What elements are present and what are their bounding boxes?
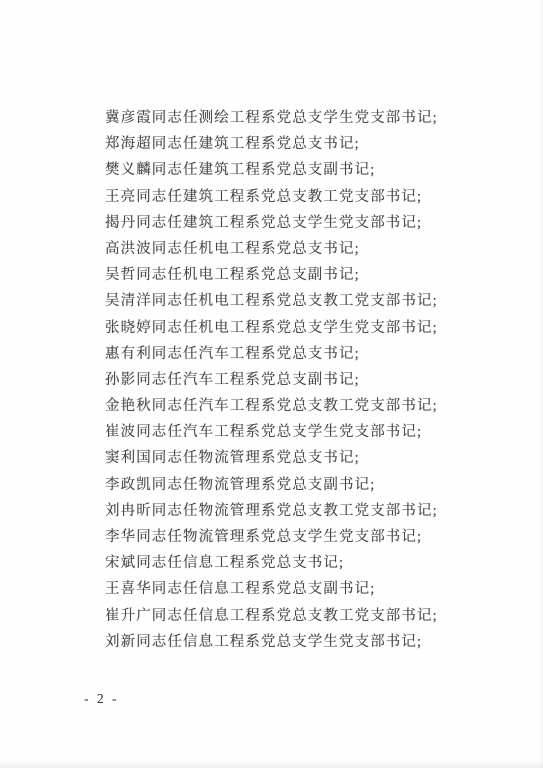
appointment-line: 王亮同志任建筑工程系党总支教工党支部书记;: [105, 184, 505, 210]
appointment-line: 李政凯同志任物流管理系党总支副书记;: [105, 472, 505, 498]
appointment-line: 崔升广同志任信息工程系党总支教工党支部书记;: [105, 603, 505, 629]
page-number: - 2 -: [84, 691, 119, 707]
appointment-line: 吴清洋同志任机电工程系党总支教工党支部书记;: [105, 288, 505, 314]
appointment-line: 冀彦霞同志任测绘工程系党总支学生党支部书记;: [105, 105, 505, 131]
document-page: 冀彦霞同志任测绘工程系党总支学生党支部书记;郑海超同志任建筑工程系党总支书记;樊…: [0, 0, 543, 768]
appointment-line: 王喜华同志任信息工程系党总支副书记;: [105, 576, 505, 602]
appointment-line: 孙影同志任汽车工程系党总支副书记;: [105, 367, 505, 393]
appointment-line: 窦利国同志任物流管理系党总支书记;: [105, 445, 505, 471]
appointment-line: 高洪波同志任机电工程系党总支书记;: [105, 236, 505, 262]
appointment-line: 张晓婷同志任机电工程系党总支学生党支部书记;: [105, 315, 505, 341]
appointment-line: 宋斌同志任信息工程系党总支书记;: [105, 550, 505, 576]
appointment-line: 惠有利同志任汽车工程系党总支书记;: [105, 341, 505, 367]
scan-edge-right: [539, 0, 543, 768]
appointment-line: 樊义麟同志任建筑工程系党总支副书记;: [105, 157, 505, 183]
scan-edge-bottom: [0, 760, 543, 768]
appointment-line: 金艳秋同志任汽车工程系党总支教工党支部书记;: [105, 393, 505, 419]
appointment-line: 刘新同志任信息工程系党总支学生党支部书记;: [105, 629, 505, 655]
appointment-line: 李华同志任物流管理系党总支学生党支部书记;: [105, 524, 505, 550]
appointment-line: 吴哲同志任机电工程系党总支副书记;: [105, 262, 505, 288]
appointment-list: 冀彦霞同志任测绘工程系党总支学生党支部书记;郑海超同志任建筑工程系党总支书记;樊…: [105, 105, 505, 655]
appointment-line: 崔波同志任汽车工程系党总支学生党支部书记;: [105, 419, 505, 445]
appointment-line: 揭丹同志任建筑工程系党总支学生党支部书记;: [105, 210, 505, 236]
appointment-line: 郑海超同志任建筑工程系党总支书记;: [105, 131, 505, 157]
appointment-line: 刘冉昕同志任物流管理系党总支教工党支部书记;: [105, 498, 505, 524]
